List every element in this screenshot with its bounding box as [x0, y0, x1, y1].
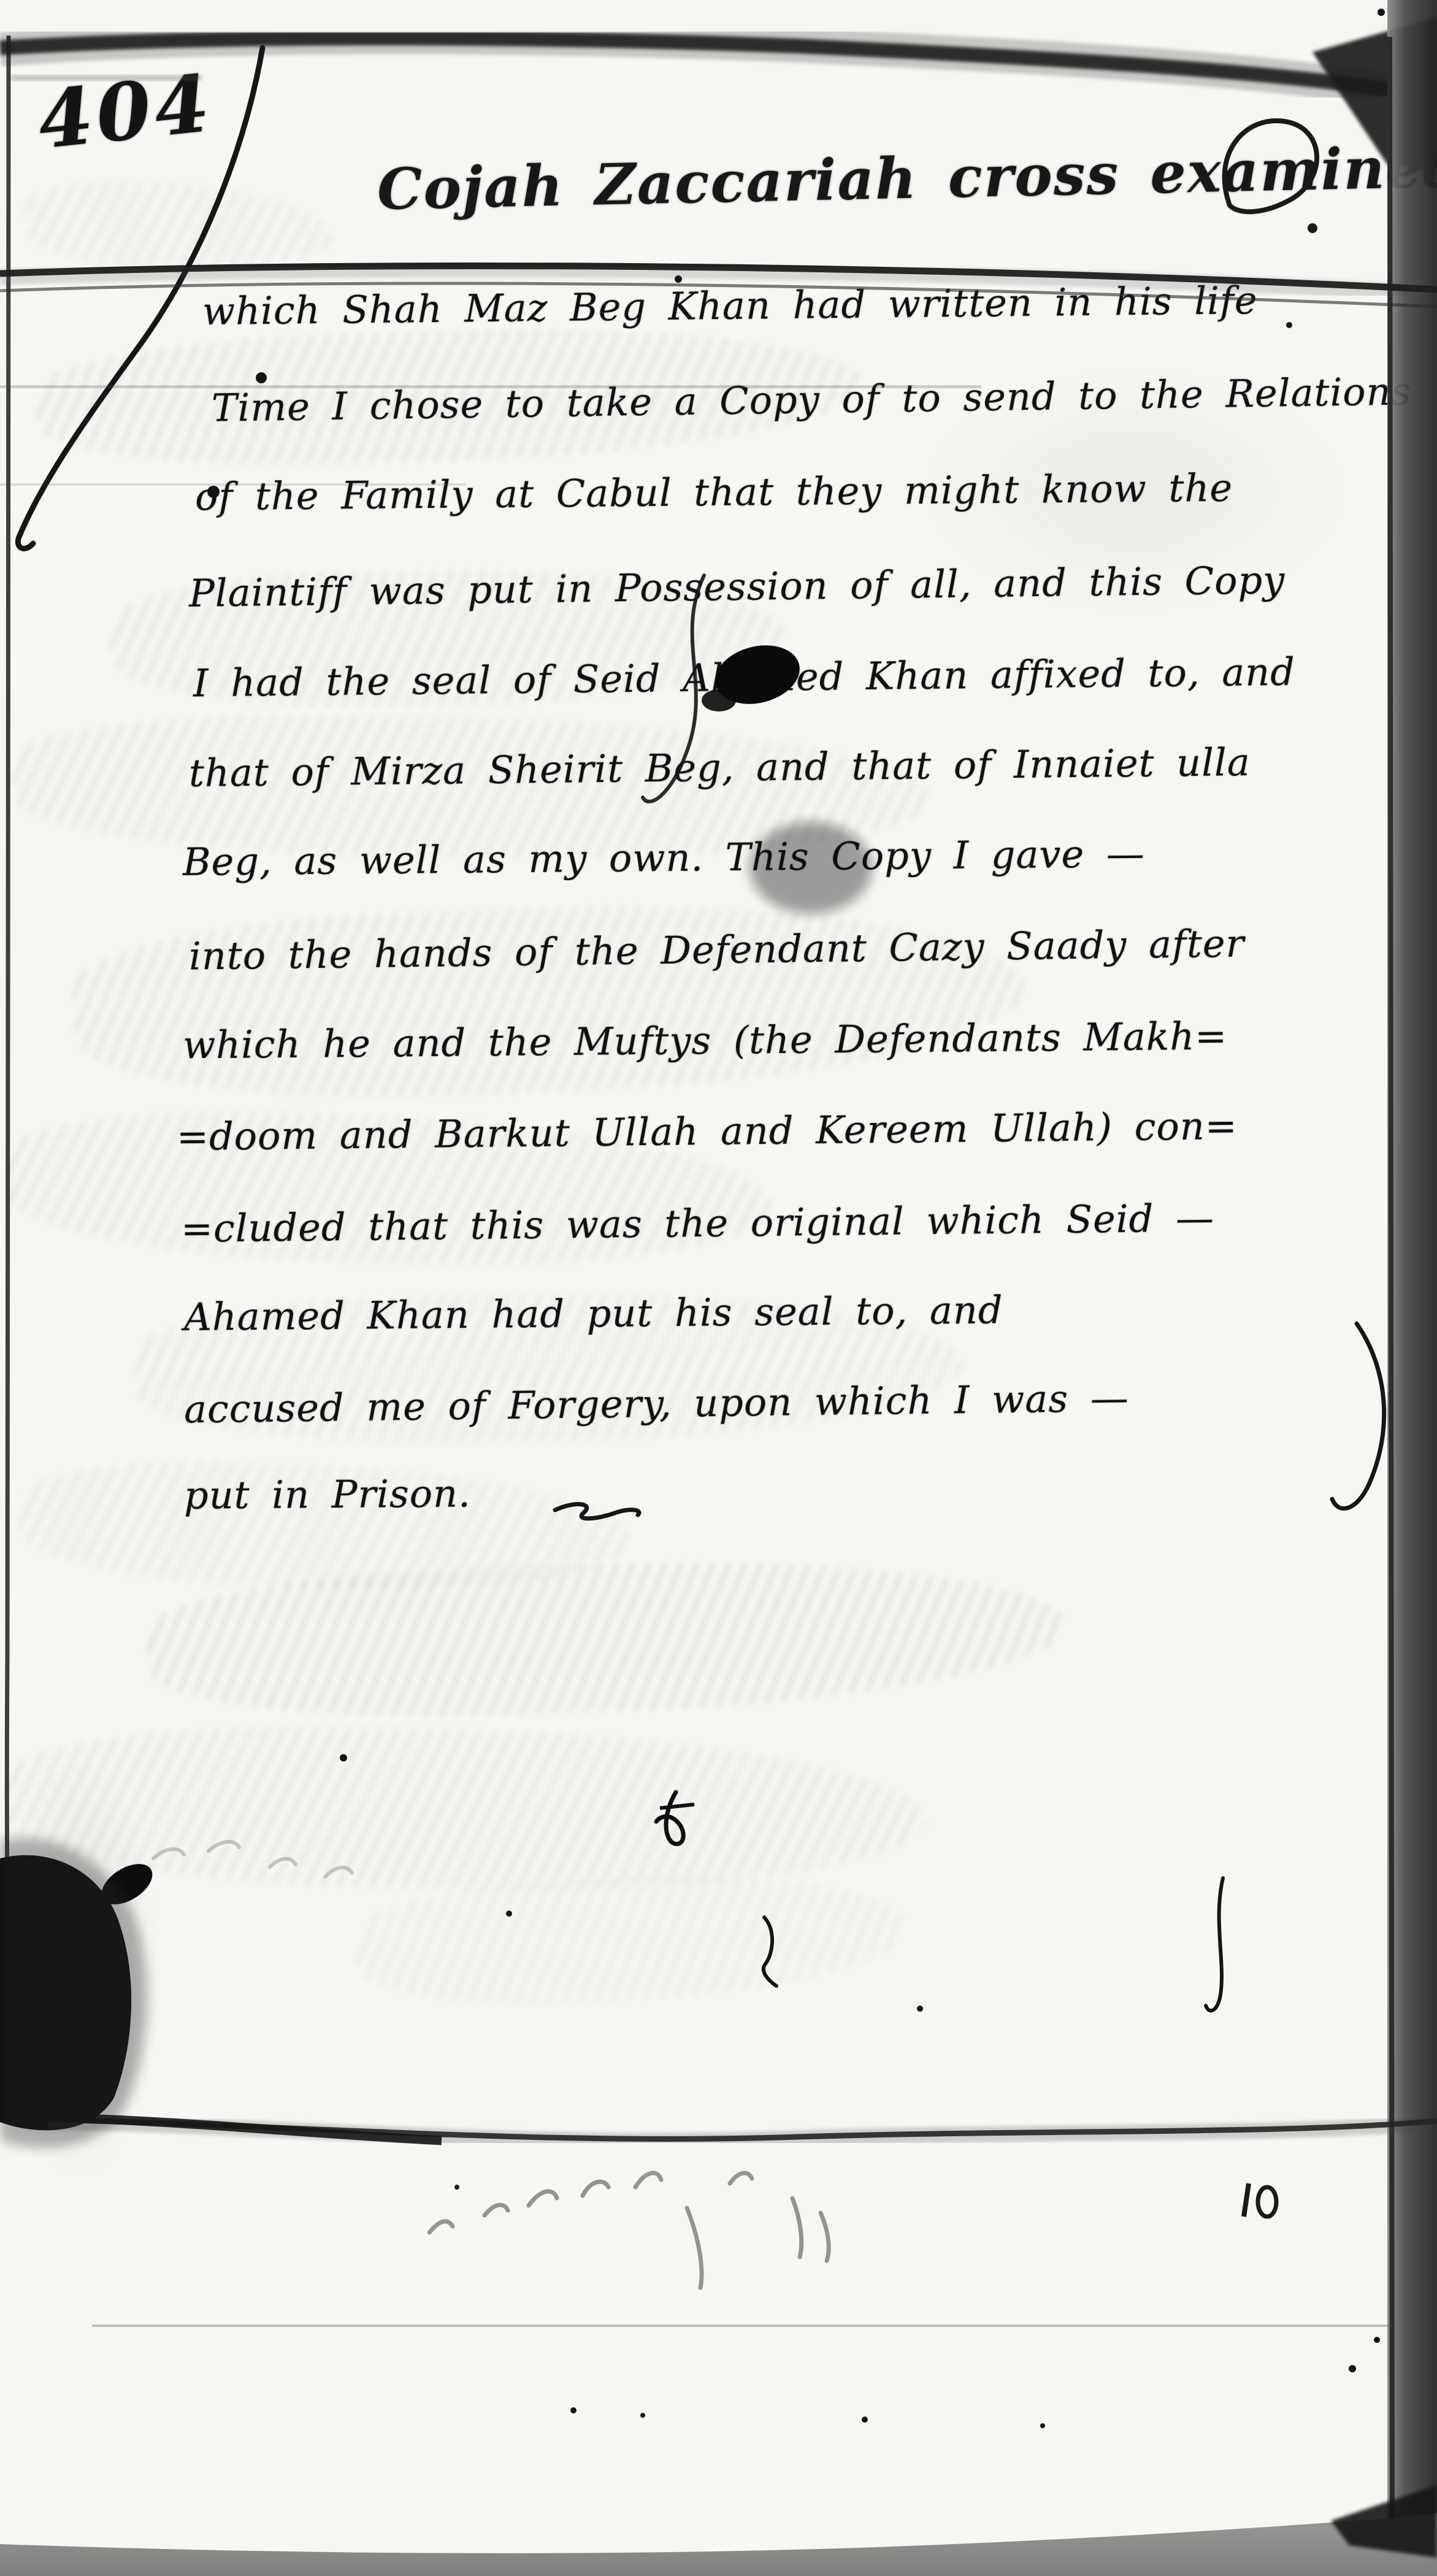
- page-number: 404: [34, 58, 217, 167]
- handwritten-line-14: put in Prison.: [184, 1471, 471, 1517]
- handwritten-line-1: which Shah Maz Beg Khan had written in h…: [202, 278, 1258, 334]
- handwritten-line-10: =doom and Barkut Ullah and Kereem Ullah)…: [177, 1103, 1238, 1159]
- handwritten-line-6: that of Mirza Sheirit Beg, and that of I…: [189, 740, 1251, 795]
- text-layer: 404 Cojah Zaccariah cross examined. whic…: [0, 0, 1437, 2576]
- handwritten-line-5: I had the seal of Seid Ahomed Khan affix…: [193, 650, 1296, 706]
- handwritten-line-4: Plaintiff was put in Possession of all, …: [189, 558, 1286, 616]
- handwritten-line-3: of the Family at Cabul that they might k…: [195, 466, 1233, 519]
- handwritten-line-7: Beg, as well as my own. This Copy I gave…: [183, 831, 1145, 884]
- handwritten-line-9: which he and the Muftys (the Defendants …: [183, 1014, 1228, 1068]
- handwritten-line-13: accused me of Forgery, upon which I was …: [184, 1376, 1130, 1432]
- page-title: Cojah Zaccariah cross examined.: [377, 133, 1437, 223]
- handwritten-line-12: Ahamed Khan had put his seal to, and: [184, 1287, 1003, 1340]
- handwritten-line-11: =cluded that this was the original which…: [181, 1195, 1215, 1251]
- manuscript-page: 404 Cojah Zaccariah cross examined. whic…: [0, 0, 1437, 2576]
- handwritten-line-2: Time I chose to take a Copy of to send t…: [212, 369, 1412, 430]
- handwritten-line-8: into the hands of the Defendant Cazy Saa…: [189, 921, 1245, 978]
